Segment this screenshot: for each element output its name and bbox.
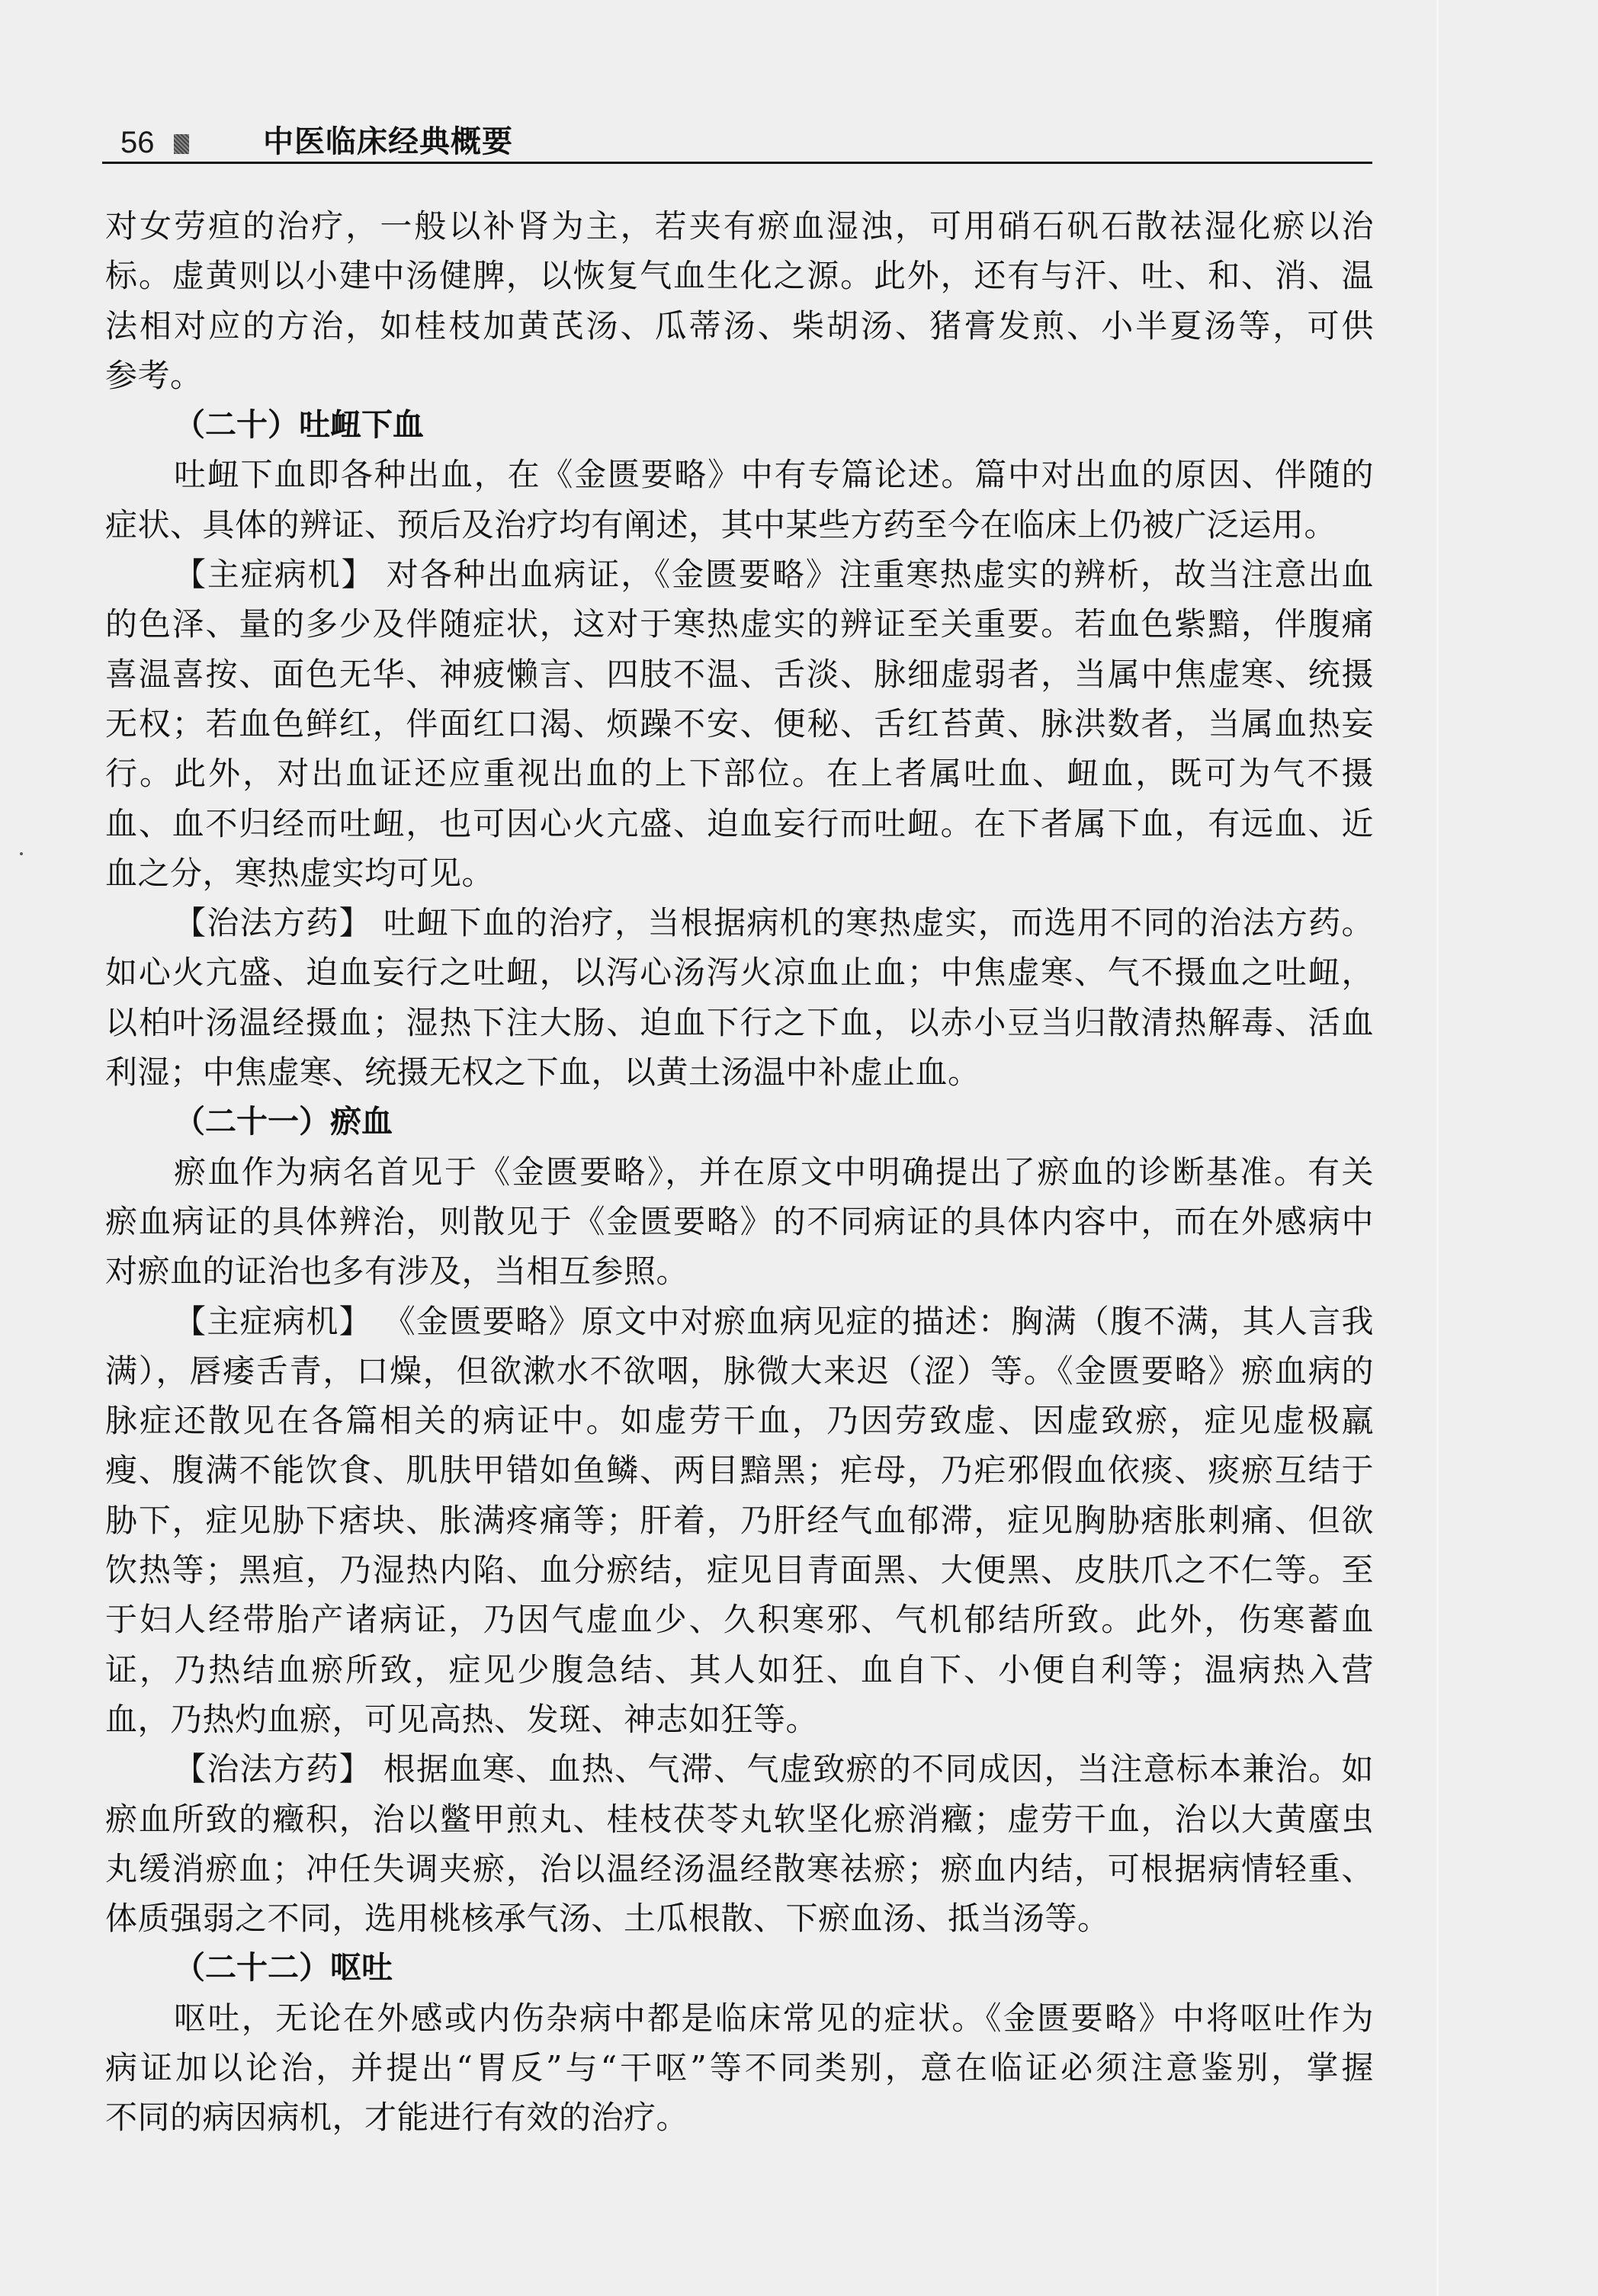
paragraph-line: 证，乃热结血瘀所致，症见少腹急结、其人如狂、血自下、小便自利等；温病热入营 <box>105 1645 1374 1695</box>
header-square-ornament-icon <box>174 134 189 154</box>
paragraph-line: 不同的病因病机，才能进行有效的治疗。 <box>105 2092 1374 2142</box>
paragraph-line: 喜温喜按、面色无华、神疲懒言、四肢不温、舌淡、脉细虚弱者，当属中焦虚寒、统摄 <box>105 649 1374 699</box>
paragraph-line: 【治法方药】 吐衄下血的治疗，当根据病机的寒热虚实，而选用不同的治法方药。 <box>105 898 1374 948</box>
paragraph-line: 血，乃热灼血瘀，可见高热、发斑、神志如狂等。 <box>105 1695 1374 1744</box>
paragraph-line: 瘀血病证的具体辨治，则散见于《金匮要略》的不同病证的具体内容中，而在外感病中 <box>105 1197 1374 1246</box>
paragraph-line: 吐衄下血即各种出血，在《金匮要略》中有专篇论述。篇中对出血的原因、伴随的 <box>105 450 1374 499</box>
paragraph-line: 行。此外，对出血证还应重视出血的上下部位。在上者属吐血、衄血，既可为气不摄 <box>105 749 1374 798</box>
page-edge-shadow <box>1436 0 1439 2296</box>
paragraph-line: 瘀血所致的癥积，治以鳖甲煎丸、桂枝茯苓丸软坚化瘀消癥；虚劳干血，治以大黄䗪虫 <box>105 1794 1374 1844</box>
paragraph-line: 病证加以论治，并提出“胃反”与“干呕”等不同类别，意在临证必须注意鉴别，掌握 <box>105 2043 1374 2092</box>
section-heading-20: （二十）吐衄下血 <box>105 400 1374 450</box>
paragraph-line: 【主症病机】 《金匮要略》原文中对瘀血病见症的描述：胸满（腹不满，其人言我 <box>105 1297 1374 1346</box>
body-text: 对女劳疸的治疗，一般以补肾为主，若夹有瘀血湿浊，可用硝石矾石散祛湿化瘀以治 标。… <box>105 201 1374 2143</box>
paragraph-line: 血之分，寒热虚实均可见。 <box>105 848 1374 898</box>
paragraph-line: 【治法方药】 根据血寒、血热、气滞、气虚致瘀的不同成因，当注意标本兼治。如 <box>105 1744 1374 1794</box>
paragraph-line: 于妇人经带胎产诸病证，乃因气虚血少、久积寒邪、气机郁结所致。此外，伤寒蓄血 <box>105 1595 1374 1644</box>
scan-speck <box>20 852 23 855</box>
paragraph-line: 无权；若血色鲜红，伴面红口渴、烦躁不安、便秘、舌红苔黄、脉洪数者，当属血热妄 <box>105 699 1374 749</box>
paragraph-line: 如心火亢盛、迫血妄行之吐衄，以泻心汤泻火凉血止血；中焦虚寒、气不摄血之吐衄， <box>105 948 1374 997</box>
paragraph-line: 法相对应的方治，如桂枝加黄芪汤、瓜蒂汤、柴胡汤、猪膏发煎、小半夏汤等，可供 <box>105 301 1374 351</box>
book-title: 中医临床经典概要 <box>263 122 513 162</box>
paragraph-line: 瘦、腹满不能饮食、肌肤甲错如鱼鳞、两目黯黑；疟母，乃疟邪假血依痰、痰瘀互结于 <box>105 1445 1374 1495</box>
paragraph-line: 丸缓消瘀血；冲任失调夹瘀，治以温经汤温经散寒祛瘀；瘀血内结，可根据病情轻重、 <box>105 1844 1374 1894</box>
paragraph-line: 脉症还散见在各篇相关的病证中。如虚劳干血，乃因劳致虚、因虚致瘀，症见虚极羸 <box>105 1396 1374 1445</box>
paragraph-line: 的色泽、量的多少及伴随症状，这对于寒热虚实的辨证至关重要。若血色紫黯，伴腹痛 <box>105 599 1374 649</box>
paragraph-line: 呕吐，无论在外感或内伤杂病中都是临床常见的症状。《金匮要略》中将呕吐作为 <box>105 1993 1374 2043</box>
paragraph-line: 瘀血作为病名首见于《金匮要略》，并在原文中明确提出了瘀血的诊断基准。有关 <box>105 1147 1374 1197</box>
running-header: 56 中医临床经典概要 <box>102 122 1372 163</box>
paragraph-line: 胁下，症见胁下痞块、胀满疼痛等；肝着，乃肝经气血郁滞，症见胸胁痞胀刺痛、但欲 <box>105 1496 1374 1545</box>
section-heading-21: （二十一）瘀血 <box>105 1097 1374 1146</box>
paragraph-line: 满），唇痿舌青，口燥，但欲漱水不欲咽，脉微大来迟（涩）等。《金匮要略》瘀血病的 <box>105 1346 1374 1396</box>
paragraph-line: 对瘀血的证治也多有涉及，当相互参照。 <box>105 1246 1374 1296</box>
page-number: 56 <box>120 123 155 162</box>
paragraph-line: 参考。 <box>105 351 1374 400</box>
paragraph-line: 对女劳疸的治疗，一般以补肾为主，若夹有瘀血湿浊，可用硝石矾石散祛湿化瘀以治 <box>105 201 1374 251</box>
paragraph-line: 利湿；中焦虚寒、统摄无权之下血，以黄土汤温中补虚止血。 <box>105 1047 1374 1097</box>
paragraph-line: 症状、具体的辨证、预后及治疗均有阐述，其中某些方药至今在临床上仍被广泛运用。 <box>105 500 1374 550</box>
section-heading-22: （二十二）呕吐 <box>105 1943 1374 1993</box>
paragraph-line: 以柏叶汤温经摄血；湿热下注大肠、迫血下行之下血，以赤小豆当归散清热解毒、活血 <box>105 998 1374 1047</box>
paragraph-line: 血、血不归经而吐衄，也可因心火亢盛、迫血妄行而吐衄。在下者属下血，有远血、近 <box>105 799 1374 848</box>
header-rule <box>102 162 1372 164</box>
paragraph-line: 【主症病机】 对各种出血病证，《金匮要略》注重寒热虚实的辨析，故当注意出血 <box>105 550 1374 599</box>
paragraph-line: 标。虚黄则以小建中汤健脾，以恢复气血生化之源。此外，还有与汗、吐、和、消、温 <box>105 251 1374 300</box>
paragraph-line: 体质强弱之不同，选用桃核承气汤、土瓜根散、下瘀血汤、抵当汤等。 <box>105 1894 1374 1943</box>
paragraph-line: 饮热等；黑疸，乃湿热内陷、血分瘀结，症见目青面黑、大便黑、皮肤爪之不仁等。至 <box>105 1545 1374 1595</box>
